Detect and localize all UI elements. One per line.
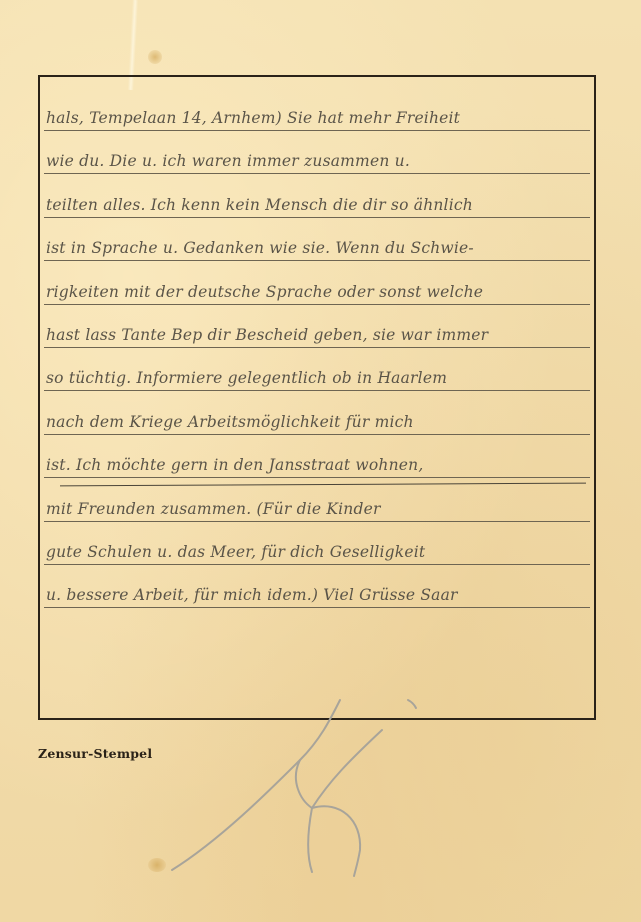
pencil-scribble-icon [172,700,416,876]
handwritten-line: teilten alles. Ich kenn kein Mensch die … [44,173,590,218]
paper-stain [148,858,166,872]
handwritten-text: gute Schulen u. das Meer, für dich Gesel… [46,543,590,561]
handwritten-line: ist in Sprache u. Gedanken wie sie. Wenn… [44,216,590,261]
handwritten-line: wie du. Die u. ich waren immer zusammen … [44,129,590,174]
letter-frame: hals, Tempelaan 14, Arnhem) Sie hat mehr… [38,75,596,720]
handwritten-text: rigkeiten mit der deutsche Sprache oder … [46,283,590,301]
handwritten-line: u. bessere Arbeit, für mich idem.) Viel … [44,563,590,608]
handwritten-line: hals, Tempelaan 14, Arnhem) Sie hat mehr… [44,86,590,131]
letter-lines: hals, Tempelaan 14, Arnhem) Sie hat mehr… [40,77,594,718]
handwritten-text: so tüchtig. Informiere gelegentlich ob i… [46,369,590,387]
handwritten-line: ist. Ich möchte gern in den Jansstraat w… [44,433,590,478]
handwritten-line: mit Freunden zusammen. (Für die Kinder [44,477,590,522]
handwritten-text: hals, Tempelaan 14, Arnhem) Sie hat mehr… [46,109,590,127]
handwritten-text: nach dem Kriege Arbeitsmöglichkeit für m… [46,413,590,431]
handwritten-line: nach dem Kriege Arbeitsmöglichkeit für m… [44,390,590,435]
handwritten-text: ist. Ich möchte gern in den Jansstraat w… [46,456,590,474]
paper-stain [148,50,162,64]
handwritten-text: wie du. Die u. ich waren immer zusammen … [46,152,590,170]
handwritten-line: gute Schulen u. das Meer, für dich Gesel… [44,520,590,565]
handwritten-line: hast lass Tante Bep dir Bescheid geben, … [44,303,590,348]
handwritten-line: so tüchtig. Informiere gelegentlich ob i… [44,346,590,391]
handwritten-text: u. bessere Arbeit, für mich idem.) Viel … [46,586,590,604]
handwritten-text: mit Freunden zusammen. (Für die Kinder [46,500,590,518]
handwritten-line: rigkeiten mit der deutsche Sprache oder … [44,260,590,305]
handwritten-text: ist in Sprache u. Gedanken wie sie. Wenn… [46,239,590,257]
censor-stamp-label: Zensur-Stempel [38,746,152,761]
handwritten-text: teilten alles. Ich kenn kein Mensch die … [46,196,590,214]
handwritten-text: hast lass Tante Bep dir Bescheid geben, … [46,326,590,344]
